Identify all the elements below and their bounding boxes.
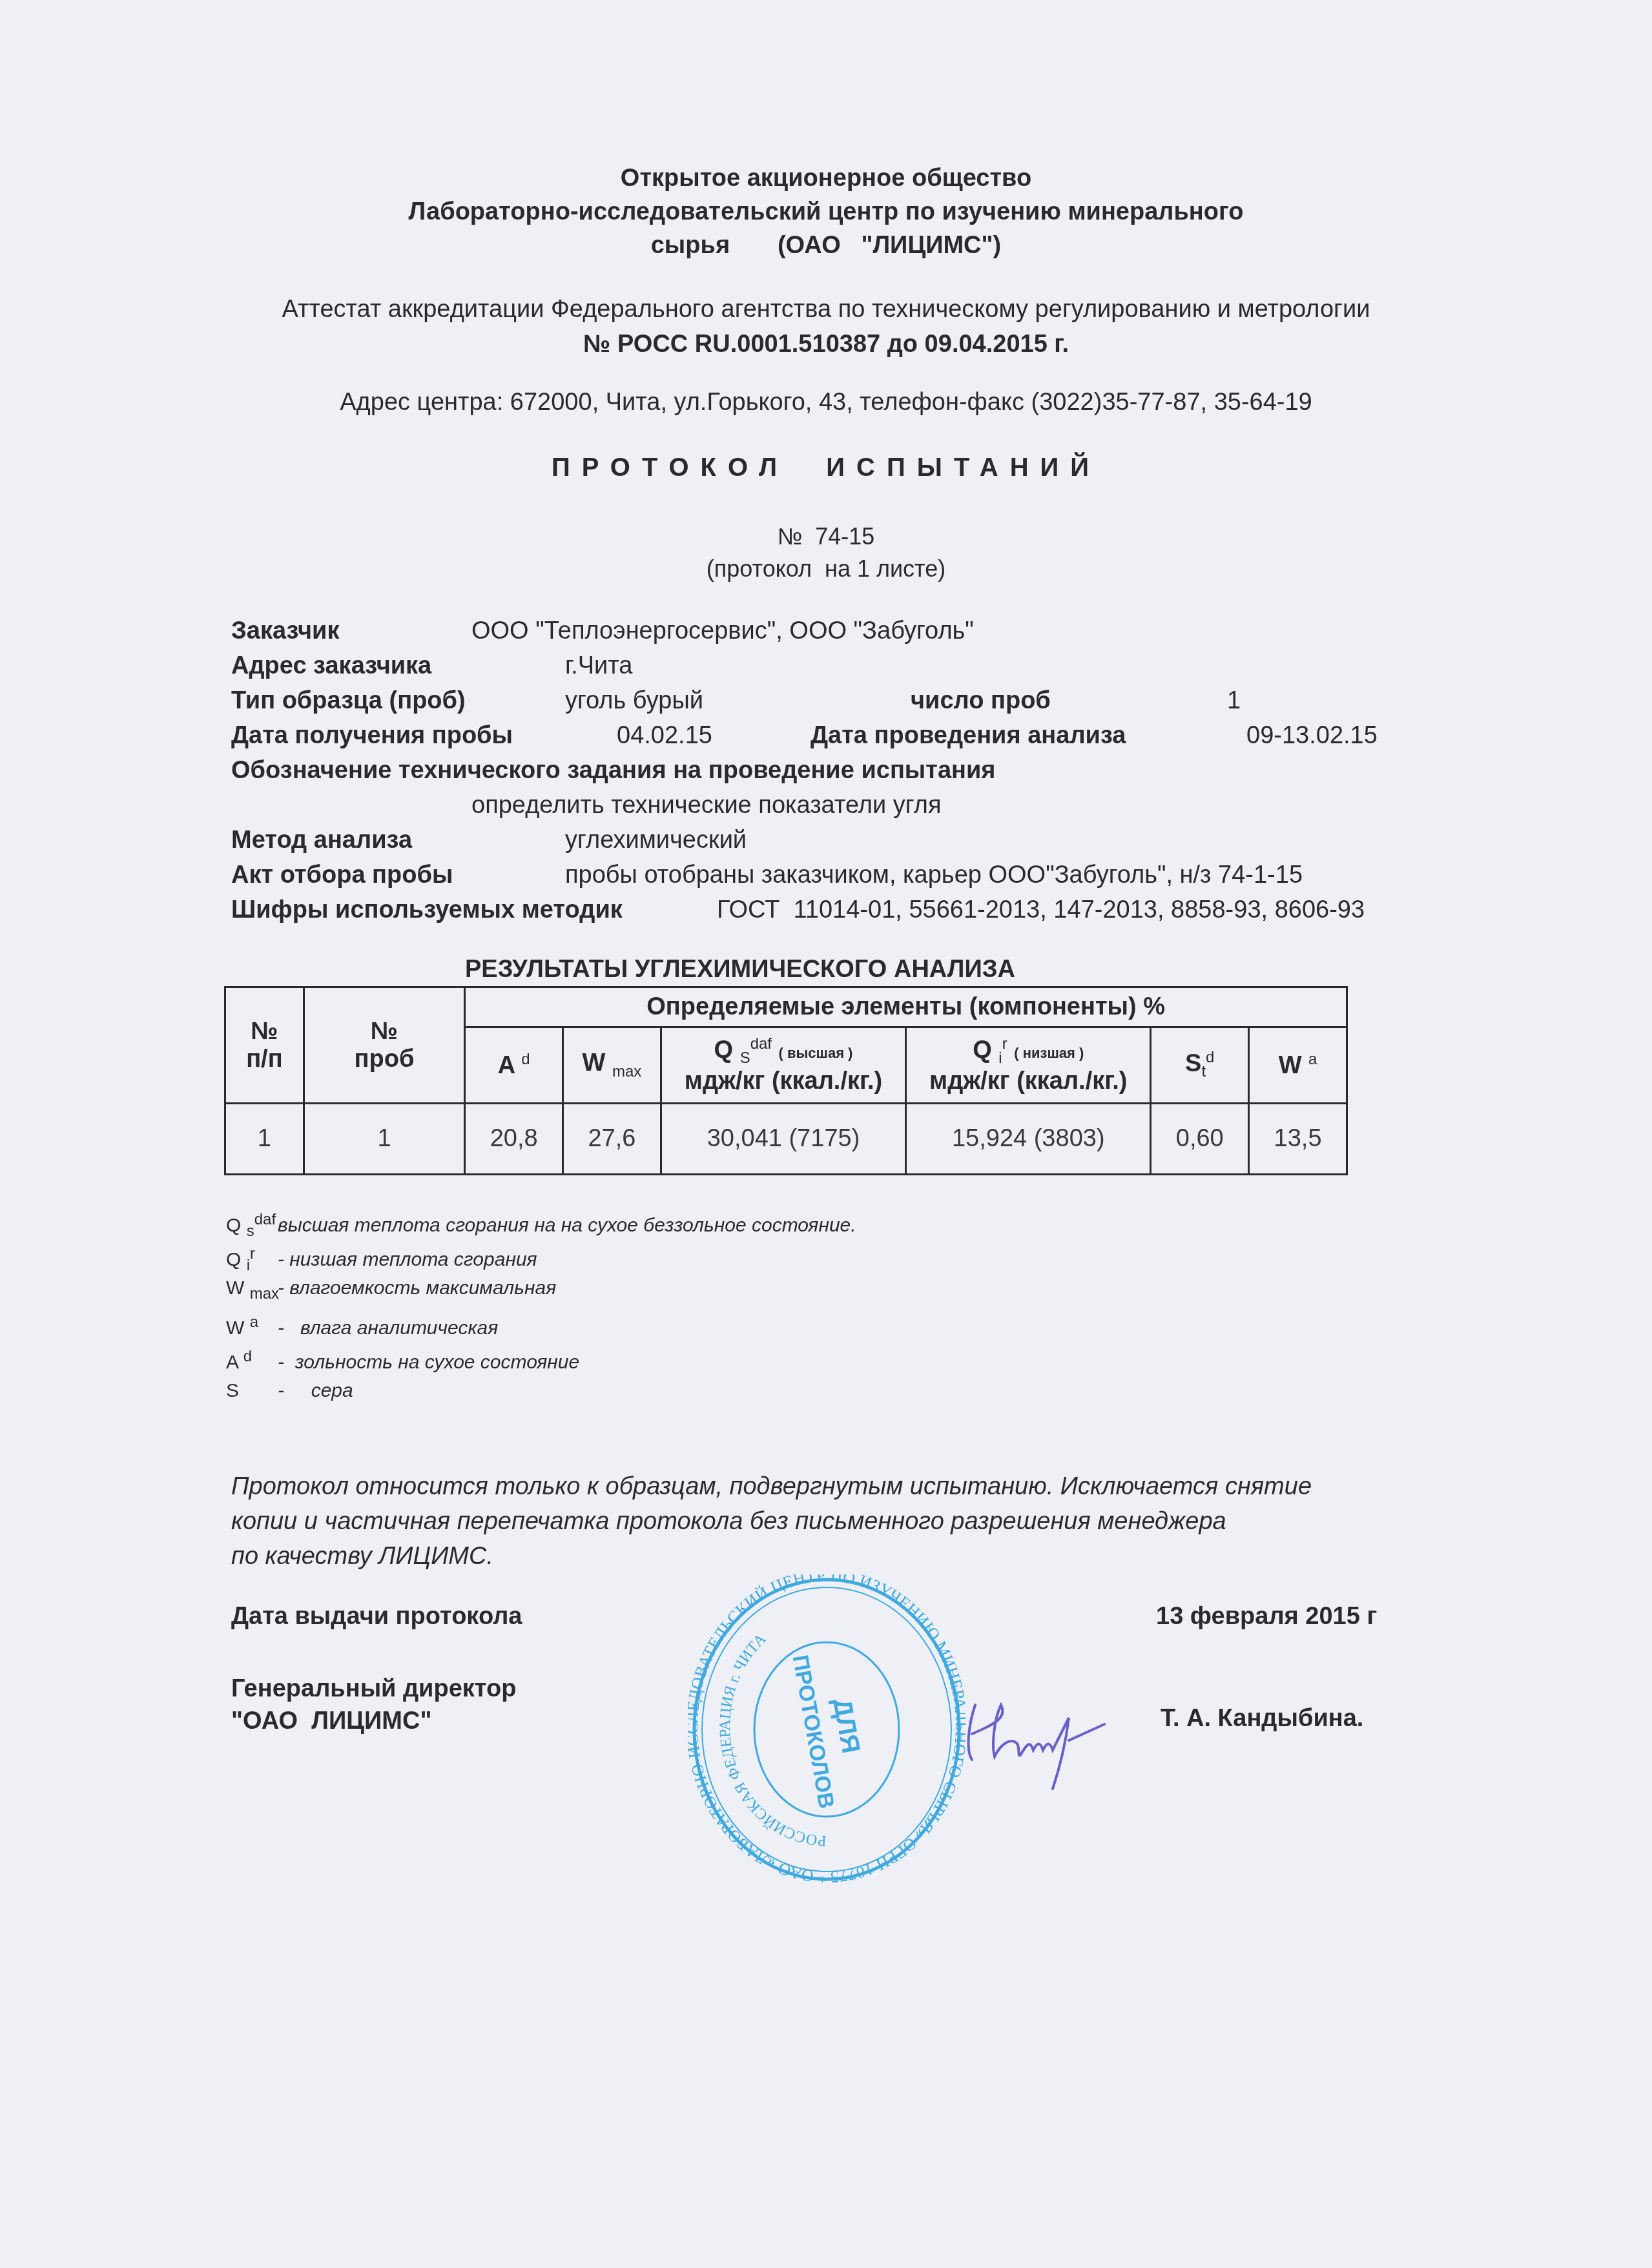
protocol-sheets: (протокол на 1 листе) [0, 553, 1652, 585]
col-np: № п/п [225, 987, 304, 1104]
svg-text:ДЛЯ: ДЛЯ [827, 1696, 865, 1756]
cell-st: 0,60 [1151, 1104, 1249, 1175]
legend-item-qs: Q sdafвысшая теплота сгорания на на сухо… [226, 1202, 856, 1237]
method-label: Метод анализа [231, 827, 412, 854]
col-ad: A d [465, 1027, 563, 1104]
results-table: № п/п № проб Определяемые элементы (комп… [224, 986, 1348, 1175]
protocol-number-block: № 74-15 (протокол на 1 листе) [0, 521, 1652, 585]
protocol-title: ПРОТОКОЛ ИСПЫТАНИЙ [0, 453, 1652, 482]
legend-item-ad: A d- зольность на сухое состояние [226, 1339, 856, 1374]
col-wa: W a [1249, 1027, 1347, 1104]
signature-icon [956, 1679, 1124, 1795]
customer-address-label: Адрес заказчика [231, 652, 431, 680]
sampling-value: пробы отобраны заказчиком, карьер ООО"За… [565, 861, 1303, 889]
legend-item-s: S- сера [226, 1374, 856, 1408]
results-title: РЕЗУЛЬТАТЫ УГЛЕХИМИЧЕСКОГО АНАЛИЗА [465, 956, 1015, 984]
org-line-1: Открытое акционерное общество [0, 161, 1652, 195]
issue-date-label: Дата выдачи протокола [231, 1603, 522, 1631]
sample-count-value: 1 [1227, 687, 1241, 715]
task-label: Обозначение технического задания на пров… [231, 757, 996, 785]
director-title: Генеральный директор "ОАО ЛИЦИМС" [231, 1673, 516, 1737]
accreditation-number: № РОСС RU.0001.510387 до 09.04.2015 г. [0, 327, 1652, 362]
col-group-elements: Определяемые элементы (компоненты) % [465, 987, 1347, 1027]
customer-value: ООО "Теплоэнергосервис", ООО "Забуголь" [471, 617, 974, 645]
sampling-label: Акт отбора пробы [231, 861, 453, 889]
sample-count-label: число проб [911, 687, 1051, 715]
analysis-date-label: Дата проведения анализа [811, 722, 1126, 750]
sample-type-label: Тип образца (проб) [231, 687, 466, 715]
director-name: Т. А. Кандыбина. [1161, 1705, 1363, 1733]
col-qs: Q Sdaf ( высшая ) мдж/кг (ккал./кг.) [661, 1027, 905, 1104]
cell-sample: 1 [304, 1104, 465, 1175]
method-value: углехимический [565, 827, 747, 854]
table-header-row: № п/п № проб Определяемые элементы (комп… [225, 987, 1347, 1027]
issue-date-value: 13 февраля 2015 г [1156, 1603, 1377, 1631]
legend-item-wmax: W max- влагоемкость максимальная [226, 1271, 856, 1305]
customer-label: Заказчик [231, 617, 339, 645]
cell-wa: 13,5 [1249, 1104, 1347, 1175]
cell-wmax: 27,6 [563, 1104, 661, 1175]
svg-text:ПРОТОКОЛОВ: ПРОТОКОЛОВ [788, 1653, 839, 1811]
accreditation: Аттестат аккредитации Федерального агент… [0, 292, 1652, 362]
disclaimer: Протокол относится только к образцам, по… [231, 1469, 1458, 1574]
cell-np: 1 [225, 1104, 304, 1175]
legend-item-qi: Q ir- низшая теплота сгорания [226, 1237, 856, 1271]
codes-value: ГОСТ 11014-01, 55661-2013, 147-2013, 885… [717, 896, 1365, 924]
cell-qs: 30,041 (7175) [661, 1104, 905, 1175]
received-label: Дата получения пробы [231, 722, 513, 750]
stamp-icon: * ОАО «ЛАБОРАТОРНО-ИССЛЕДОВАТЕЛЬСКИЙ ЦЕН… [688, 1574, 965, 1884]
col-wmax: W max [563, 1027, 661, 1104]
codes-label: Шифры используемых методик [231, 896, 623, 924]
legend-item-wa: W a- влага аналитическая [226, 1305, 856, 1339]
customer-address-value: г.Чита [565, 652, 632, 680]
org-line-2: Лабораторно-исследовательский центр по и… [0, 195, 1652, 229]
task-value: определить технические показатели угля [471, 792, 942, 820]
org-line-3: сырья (ОАО "ЛИЦИМС") [0, 229, 1652, 262]
organization-header: Открытое акционерное общество Лабораторн… [0, 161, 1652, 262]
center-address: Адрес центра: 672000, Чита, ул.Горького,… [0, 389, 1652, 417]
analysis-date-value: 09-13.02.15 [1246, 722, 1378, 750]
accreditation-line-1: Аттестат аккредитации Федерального агент… [0, 292, 1652, 327]
legend: Q sdafвысшая теплота сгорания на на сухо… [226, 1202, 856, 1408]
protocol-number: № 74-15 [0, 521, 1652, 553]
received-value: 04.02.15 [617, 722, 712, 750]
cell-ad: 20,8 [465, 1104, 563, 1175]
col-sample: № проб [304, 987, 465, 1104]
table-row: 1 1 20,8 27,6 30,041 (7175) 15,924 (3803… [225, 1104, 1347, 1175]
cell-qi: 15,924 (3803) [906, 1104, 1151, 1175]
sample-type-value: уголь бурый [565, 687, 703, 715]
col-qi: Q ir ( низшая ) мдж/кг (ккал./кг.) [906, 1027, 1151, 1104]
col-st: Std [1151, 1027, 1249, 1104]
